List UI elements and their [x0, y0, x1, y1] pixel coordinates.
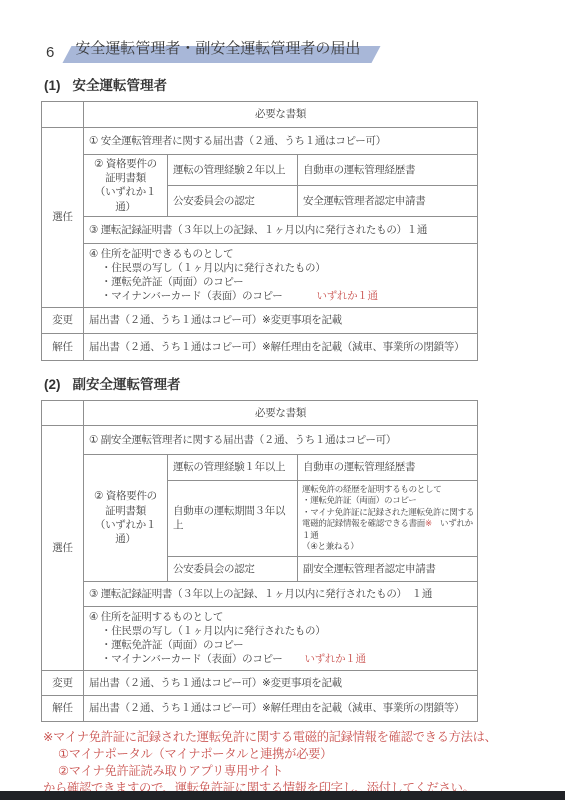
- section-1-heading: (1)安全運転管理者: [44, 74, 565, 94]
- footnote-line: ①マイナポータル（マイナポータルと連携が必要）: [43, 746, 565, 763]
- either-one-note: いずれか１通: [317, 290, 378, 302]
- table-row: ④ 住所を証明できるものとして ・住民票の写し（１ヶ月以内に発行されたもの） ・…: [42, 243, 478, 307]
- table-row: 選任 ① 安全運転管理者に関する届出書（２通、うち１通はコピー可）: [42, 128, 478, 155]
- document-cell: 副安全運転管理者認定申請書: [298, 556, 478, 581]
- table-row: 解任 届出書（２通、うち１通はコピー可）※解任理由を記載（減車、事業所の閉鎖等）: [42, 695, 478, 721]
- title-text: 安全運転管理者・副安全運転管理者の届出: [75, 40, 360, 57]
- change-label: 変更: [42, 307, 84, 333]
- item4-bullet-row: ・マイナンバーカード（表面）のコピーいずれか１通: [89, 289, 472, 303]
- change-cell: 届出書（２通、うち１通はコピー可）※変更事項を記載: [84, 670, 478, 695]
- item2-label-cell: ② 資格要件の 証明書類 （いずれか１通）: [84, 454, 168, 581]
- item4-title: ④ 住所を証明できるものとして: [89, 247, 472, 261]
- table-row: ② 資格要件の 証明書類 （いずれか１通） 運転の管理経験２年以上 自動車の運転…: [42, 155, 478, 186]
- item4-bullet: ・運転免許証（両面）のコピー: [89, 638, 472, 652]
- footnote-line: ※マイナ免許証に記録された運転免許に関する電磁的記録情報を確認できる方法は、: [43, 729, 565, 746]
- red-footnote: ※マイナ免許証に記録された運転免許に関する電磁的記録情報を確認できる方法は、 ①…: [43, 729, 565, 797]
- item4-bullet: ・マイナンバーカード（表面）のコピー: [101, 290, 283, 302]
- table-row: 必要な書類: [42, 400, 478, 425]
- footnote-mark: ※: [425, 518, 432, 528]
- dismiss-cell: 届出書（２通、うち１通はコピー可）※解任理由を記載（減車、事業所の閉鎖等）: [84, 333, 478, 360]
- dismiss-label: 解任: [42, 695, 84, 721]
- condition-cell: 運転の管理経験１年以上: [168, 454, 298, 480]
- section-1-title: 安全運転管理者: [73, 78, 168, 93]
- table-row: ③ 運転記録証明書（３年以上の記録、１ヶ月以内に発行されたもの）１通: [42, 216, 478, 243]
- document-cell: 自動車の運転管理経歴書: [298, 454, 478, 480]
- table-row: 選任 ① 副安全運転管理者に関する届出書（２通、うち１通はコピー可）: [42, 425, 478, 454]
- table-row: 解任 届出書（２通、うち１通はコピー可）※解任理由を記載（減車、事業所の閉鎖等）: [42, 333, 478, 360]
- document-cell: 安全運転管理者認定申請書: [298, 185, 478, 216]
- mynumber-license-line: （④と兼ねる）: [302, 541, 475, 552]
- item2-label-cell: ② 資格要件の 証明書類 （いずれか１通）: [84, 155, 168, 217]
- item1-cell: ① 副安全運転管理者に関する届出書（２通、うち１通はコピー可）: [84, 425, 478, 454]
- item2-label-line2: 証明書類: [89, 504, 162, 518]
- section-1-number: (1): [44, 78, 61, 93]
- condition-cell: 公安委員会の認定: [168, 556, 298, 581]
- appoint-label: 選任: [42, 425, 84, 670]
- item4-bullet: ・マイナンバーカード（表面）のコピー: [101, 653, 283, 665]
- table-row: ③ 運転記録証明書（３年以上の記録、１ヶ月以内に発行されたもの） １通: [42, 581, 478, 606]
- section-2-number: (2): [44, 377, 61, 392]
- dismiss-cell: 届出書（２通、うち１通はコピー可）※解任理由を記載（減車、事業所の閉鎖等）: [84, 695, 478, 721]
- mynumber-license-line: ・運転免許証（両面）のコピー: [302, 495, 475, 506]
- page-bottom-edge: [0, 791, 565, 800]
- title-highlight-band: 安全運転管理者・副安全運転管理者の届出: [67, 37, 376, 61]
- corner-cell: [42, 400, 84, 425]
- item3-cell: ③ 運転記録証明書（３年以上の記録、１ヶ月以内に発行されたもの） １通: [84, 581, 478, 606]
- item4-bullet: ・住民票の写し（１ヶ月以内に発行されたもの）: [89, 261, 472, 275]
- table-safety-manager: 必要な書類 選任 ① 安全運転管理者に関する届出書（２通、うち１通はコピー可） …: [41, 101, 478, 361]
- table-row: 変更 届出書（２通、うち１通はコピー可）※変更事項を記載: [42, 307, 478, 333]
- required-docs-header: 必要な書類: [84, 102, 478, 128]
- table-row: 必要な書類: [42, 102, 478, 128]
- table-row: 変更 届出書（２通、うち１通はコピー可）※変更事項を記載: [42, 670, 478, 695]
- condition-cell: 運転の管理経験２年以上: [168, 155, 298, 186]
- either-one-note: いずれか１通: [305, 653, 366, 665]
- table-row: ④ 住所を証明するものとして ・住民票の写し（１ヶ月以内に発行されたもの） ・運…: [42, 606, 478, 670]
- footnote-line: ②マイナ免許証読み取りアプリ専用サイト: [43, 763, 565, 780]
- item4-bullet-row: ・マイナンバーカード（表面）のコピーいずれか１通: [89, 652, 472, 666]
- table-deputy-safety-manager: 必要な書類 選任 ① 副安全運転管理者に関する届出書（２通、うち１通はコピー可）…: [41, 400, 478, 722]
- document-cell: 自動車の運転管理経歴書: [298, 155, 478, 186]
- corner-cell: [42, 102, 84, 128]
- section-2-title: 副安全運転管理者: [73, 377, 181, 392]
- condition-cell: 自動車の運転期間３年以上: [168, 480, 298, 556]
- item4-title: ④ 住所を証明するものとして: [89, 610, 472, 624]
- item4-cell: ④ 住所を証明するものとして ・住民票の写し（１ヶ月以内に発行されたもの） ・運…: [84, 606, 478, 670]
- item2-label-line1: ② 資格要件の: [89, 489, 162, 503]
- item2-label-line3: （いずれか１通）: [89, 518, 162, 546]
- table-row: ② 資格要件の 証明書類 （いずれか１通） 運転の管理経験１年以上 自動車の運転…: [42, 454, 478, 480]
- document-cell: 運転免許の経歴を証明するものとして ・運転免許証（両面）のコピー ・マイナ免許証…: [298, 480, 478, 556]
- condition-cell: 公安委員会の認定: [168, 185, 298, 216]
- change-label: 変更: [42, 670, 84, 695]
- mynumber-license-line: 運転免許の経歴を証明するものとして: [302, 484, 475, 495]
- item1-cell: ① 安全運転管理者に関する届出書（２通、うち１通はコピー可）: [84, 128, 478, 155]
- item2-label-line2: 証明書類: [89, 171, 162, 185]
- dismiss-label: 解任: [42, 333, 84, 360]
- mynumber-license-line: ・マイナ免許証に記録された運転免許に関する電磁的記録情報を確認できる書面※ いず…: [302, 507, 475, 541]
- item3-cell: ③ 運転記録証明書（３年以上の記録、１ヶ月以内に発行されたもの）１通: [84, 216, 478, 243]
- item2-label-line1: ② 資格要件の: [89, 157, 162, 171]
- title-number: 6: [46, 44, 54, 61]
- item4-bullet: ・運転免許証（両面）のコピー: [89, 275, 472, 289]
- item2-label-line3: （いずれか１通）: [89, 185, 162, 213]
- item4-bullet: ・住民票の写し（１ヶ月以内に発行されたもの）: [89, 624, 472, 638]
- page-title: 6 安全運転管理者・副安全運転管理者の届出: [46, 37, 565, 61]
- section-2-heading: (2)副安全運転管理者: [44, 373, 565, 393]
- required-docs-header: 必要な書類: [84, 400, 478, 425]
- appoint-label: 選任: [42, 128, 84, 308]
- change-cell: 届出書（２通、うち１通はコピー可）※変更事項を記載: [84, 307, 478, 333]
- item4-cell: ④ 住所を証明できるものとして ・住民票の写し（１ヶ月以内に発行されたもの） ・…: [84, 243, 478, 307]
